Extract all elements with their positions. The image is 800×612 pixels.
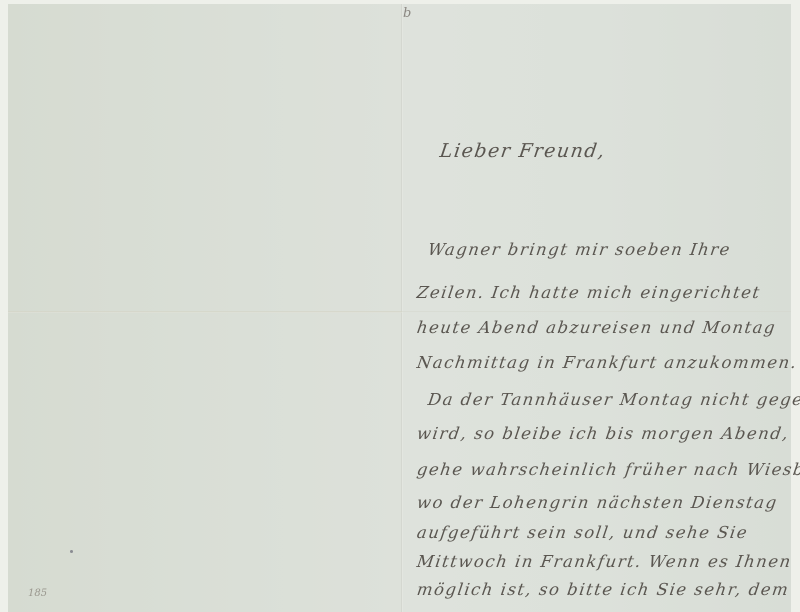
letter-line-5: Da der Tannhäuser Montag nicht gegeben bbox=[427, 390, 800, 409]
letter-sheet bbox=[8, 4, 791, 612]
page-marker: b bbox=[403, 6, 411, 21]
archive-number: 185 bbox=[28, 588, 47, 599]
vertical-fold-line bbox=[401, 4, 403, 612]
letter-line-2: Zeilen. Ich hatte mich eingerichtet bbox=[416, 283, 762, 302]
right-page bbox=[402, 4, 791, 612]
letter-line-4: Nachmittag in Frankfurt anzukommen. bbox=[416, 353, 799, 372]
letter-line-1: Wagner bringt mir soeben Ihre bbox=[427, 240, 733, 259]
horizontal-fold-line bbox=[8, 311, 402, 313]
letter-line-7: gehe wahrscheinlich früher nach Wiesbade… bbox=[416, 460, 800, 479]
left-page-blank bbox=[8, 4, 402, 612]
letter-line-8: wo der Lohengrin nächsten Dienstag bbox=[416, 493, 779, 512]
letter-line-6: wird, so bleibe ich bis morgen Abend, bbox=[416, 424, 791, 443]
horizontal-fold-line-right bbox=[402, 311, 791, 312]
salutation: Lieber Freund, bbox=[438, 140, 607, 162]
letter-line-11: möglich ist, so bitte ich Sie sehr, dem bbox=[416, 580, 791, 599]
letter-line-9: aufgeführt sein soll, und sehe Sie bbox=[416, 523, 750, 542]
letter-line-3: heute Abend abzureisen und Montag bbox=[416, 318, 778, 337]
letter-line-10: Mittwoch in Frankfurt. Wenn es Ihnen bbox=[416, 552, 793, 571]
ink-spot bbox=[70, 550, 73, 553]
